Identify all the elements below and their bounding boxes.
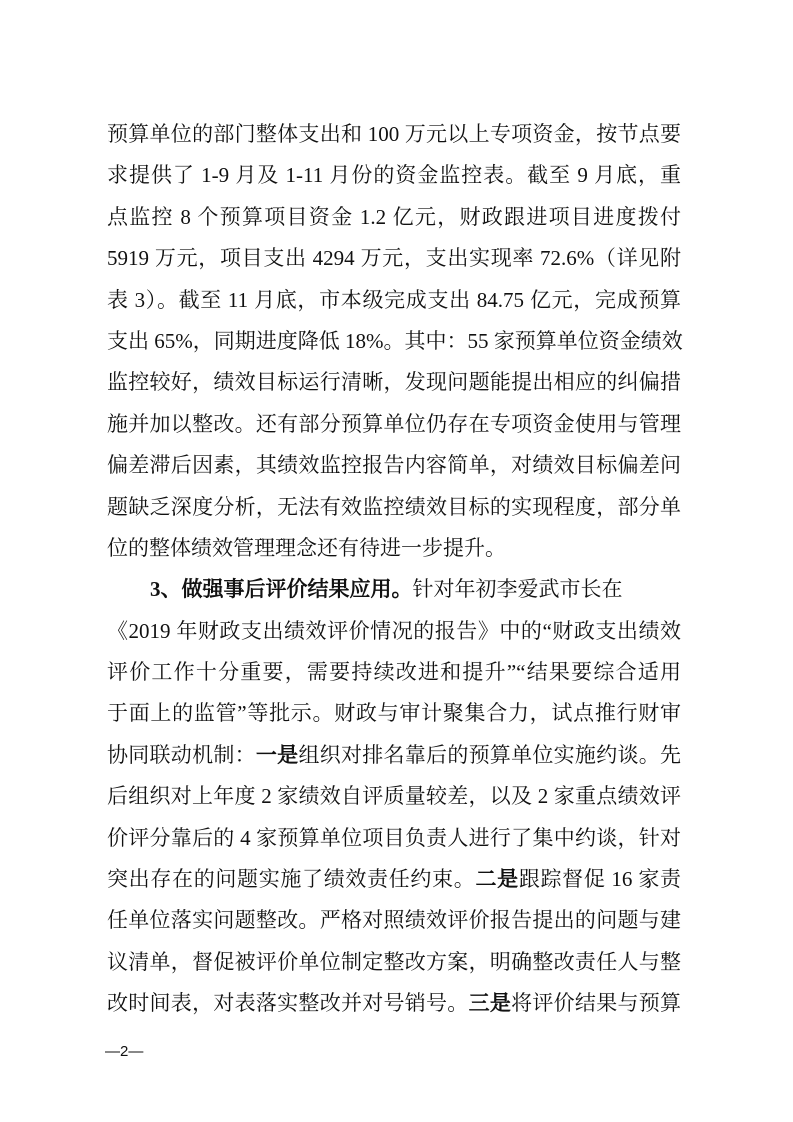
- text-segment: 后组织对上年度 2 家绩效自评质量较差，以及 2 家重点绩效评: [107, 784, 681, 808]
- section-heading-line: 3、做强事后评价结果应用。针对年初李爱武市长在: [107, 569, 681, 610]
- text-line: 协同联动机制：一是组织对排名靠后的预算单位实施约谈。先: [107, 735, 681, 776]
- text-line: 《2019 年财政支出绩效评价情况的报告》中的“财政支出绩效: [107, 611, 681, 652]
- text-line: 预算单位的部门整体支出和 100 万元以上专项资金，按节点要: [107, 114, 681, 155]
- section-heading: 3、做强事后评价结果应用。: [150, 577, 413, 601]
- text-segment: 议清单，督促被评价单位制定整改方案，明确整改责任人与整: [107, 950, 681, 974]
- text-segment: 组织对排名靠后的预算单位实施约谈。先: [298, 743, 681, 767]
- text-segment: 表 3）。截至 11 月底，市本级完成支出 84.75 亿元，完成预算: [107, 288, 681, 312]
- document-page: 预算单位的部门整体支出和 100 万元以上专项资金，按节点要 求提供了 1-9 …: [0, 0, 793, 1122]
- text-line: 议清单，督促被评价单位制定整改方案，明确整改责任人与整: [107, 942, 681, 983]
- text-segment: 于面上的监管”等批示。财政与审计聚集合力，试点推行财审: [107, 701, 681, 725]
- text-segment: 突出存在的问题实施了绩效责任约束。: [107, 867, 475, 891]
- text-line: 5919 万元，项目支出 4294 万元，支出实现率 72.6%（详见附: [107, 238, 681, 279]
- text-line: 求提供了 1-9 月及 1-11 月份的资金监控表。截至 9 月底，重: [107, 155, 681, 196]
- text-line: 后组织对上年度 2 家绩效自评质量较差，以及 2 家重点绩效评: [107, 776, 681, 817]
- paragraph-section-3: 3、做强事后评价结果应用。针对年初李爱武市长在 《2019 年财政支出绩效评价情…: [107, 569, 681, 1024]
- text-line: 评价工作十分重要，需要持续改进和提升”“结果要综合适用: [107, 652, 681, 693]
- text-segment: 改时间表，对表落实整改并对号销号。: [107, 991, 469, 1015]
- text-line: 偏差滞后因素，其绩效监控报告内容简单，对绩效目标偏差问: [107, 445, 681, 486]
- paragraph-monitoring: 预算单位的部门整体支出和 100 万元以上专项资金，按节点要 求提供了 1-9 …: [107, 114, 681, 569]
- text-line: 突出存在的问题实施了绩效责任约束。二是跟踪督促 16 家责: [107, 859, 681, 900]
- text-line: 价评分靠后的 4 家预算单位项目负责人进行了集中约谈，针对: [107, 818, 681, 859]
- emphasis-second: 二是: [475, 867, 518, 891]
- text-segment: 将评价结果与预算: [511, 991, 681, 1015]
- text-segment: 任单位落实问题整改。严格对照绩效评价报告提出的问题与建: [107, 908, 681, 932]
- text-line: 监控较好，绩效目标运行清晰，发现问题能提出相应的纠偏措: [107, 362, 681, 403]
- text-segment: 评价工作十分重要，需要持续改进和提升”“结果要综合适用: [107, 660, 681, 684]
- text-segment: 求提供了 1-9 月及 1-11 月份的资金监控表。截至 9 月底，重: [107, 163, 681, 187]
- page-number: —2—: [105, 1040, 143, 1064]
- text-line: 于面上的监管”等批示。财政与审计聚集合力，试点推行财审: [107, 693, 681, 734]
- text-segment: 支出 65%，同期进度降低 18%。其中：55 家预算单位资金绩效: [107, 329, 683, 353]
- text-line: 位的整体绩效管理理念还有待进一步提升。: [107, 528, 681, 569]
- text-segment: 偏差滞后因素，其绩效监控报告内容简单，对绩效目标偏差问: [107, 453, 681, 477]
- text-segment: 《2019 年财政支出绩效评价情况的报告》中的“财政支出绩效: [107, 619, 681, 643]
- text-segment: 针对年初李爱武市长在: [413, 577, 623, 601]
- text-segment: 跟踪督促 16 家责: [519, 867, 681, 891]
- text-line: 任单位落实问题整改。严格对照绩效评价报告提出的问题与建: [107, 900, 681, 941]
- text-line: 施并加以整改。还有部分预算单位仍存在专项资金使用与管理: [107, 404, 681, 445]
- text-segment: 施并加以整改。还有部分预算单位仍存在专项资金使用与管理: [107, 412, 681, 436]
- text-segment: 监控较好，绩效目标运行清晰，发现问题能提出相应的纠偏措: [107, 370, 681, 394]
- text-line: 题缺乏深度分析，无法有效监控绩效目标的实现程度，部分单: [107, 487, 681, 528]
- text-segment: 题缺乏深度分析，无法有效监控绩效目标的实现程度，部分单: [107, 495, 681, 519]
- text-segment: 价评分靠后的 4 家预算单位项目负责人进行了集中约谈，针对: [107, 826, 681, 850]
- text-segment: 点监控 8 个预算项目资金 1.2 亿元，财政跟进项目进度拨付: [107, 205, 681, 229]
- text-line: 点监控 8 个预算项目资金 1.2 亿元，财政跟进项目进度拨付: [107, 197, 681, 238]
- emphasis-third: 三是: [469, 991, 512, 1015]
- text-segment: 5919 万元，项目支出 4294 万元，支出实现率 72.6%（详见附: [107, 246, 681, 270]
- text-line: 支出 65%，同期进度降低 18%。其中：55 家预算单位资金绩效: [107, 321, 681, 362]
- text-segment: 预算单位的部门整体支出和 100 万元以上专项资金，按节点要: [107, 122, 681, 146]
- text-segment: 协同联动机制：: [107, 743, 256, 767]
- body-text: 预算单位的部门整体支出和 100 万元以上专项资金，按节点要 求提供了 1-9 …: [107, 114, 681, 1025]
- emphasis-first: 一是: [256, 743, 299, 767]
- text-segment: 位的整体绩效管理理念还有待进一步提升。: [107, 536, 506, 560]
- text-line: 表 3）。截至 11 月底，市本级完成支出 84.75 亿元，完成预算: [107, 280, 681, 321]
- text-line: 改时间表，对表落实整改并对号销号。三是将评价结果与预算: [107, 983, 681, 1024]
